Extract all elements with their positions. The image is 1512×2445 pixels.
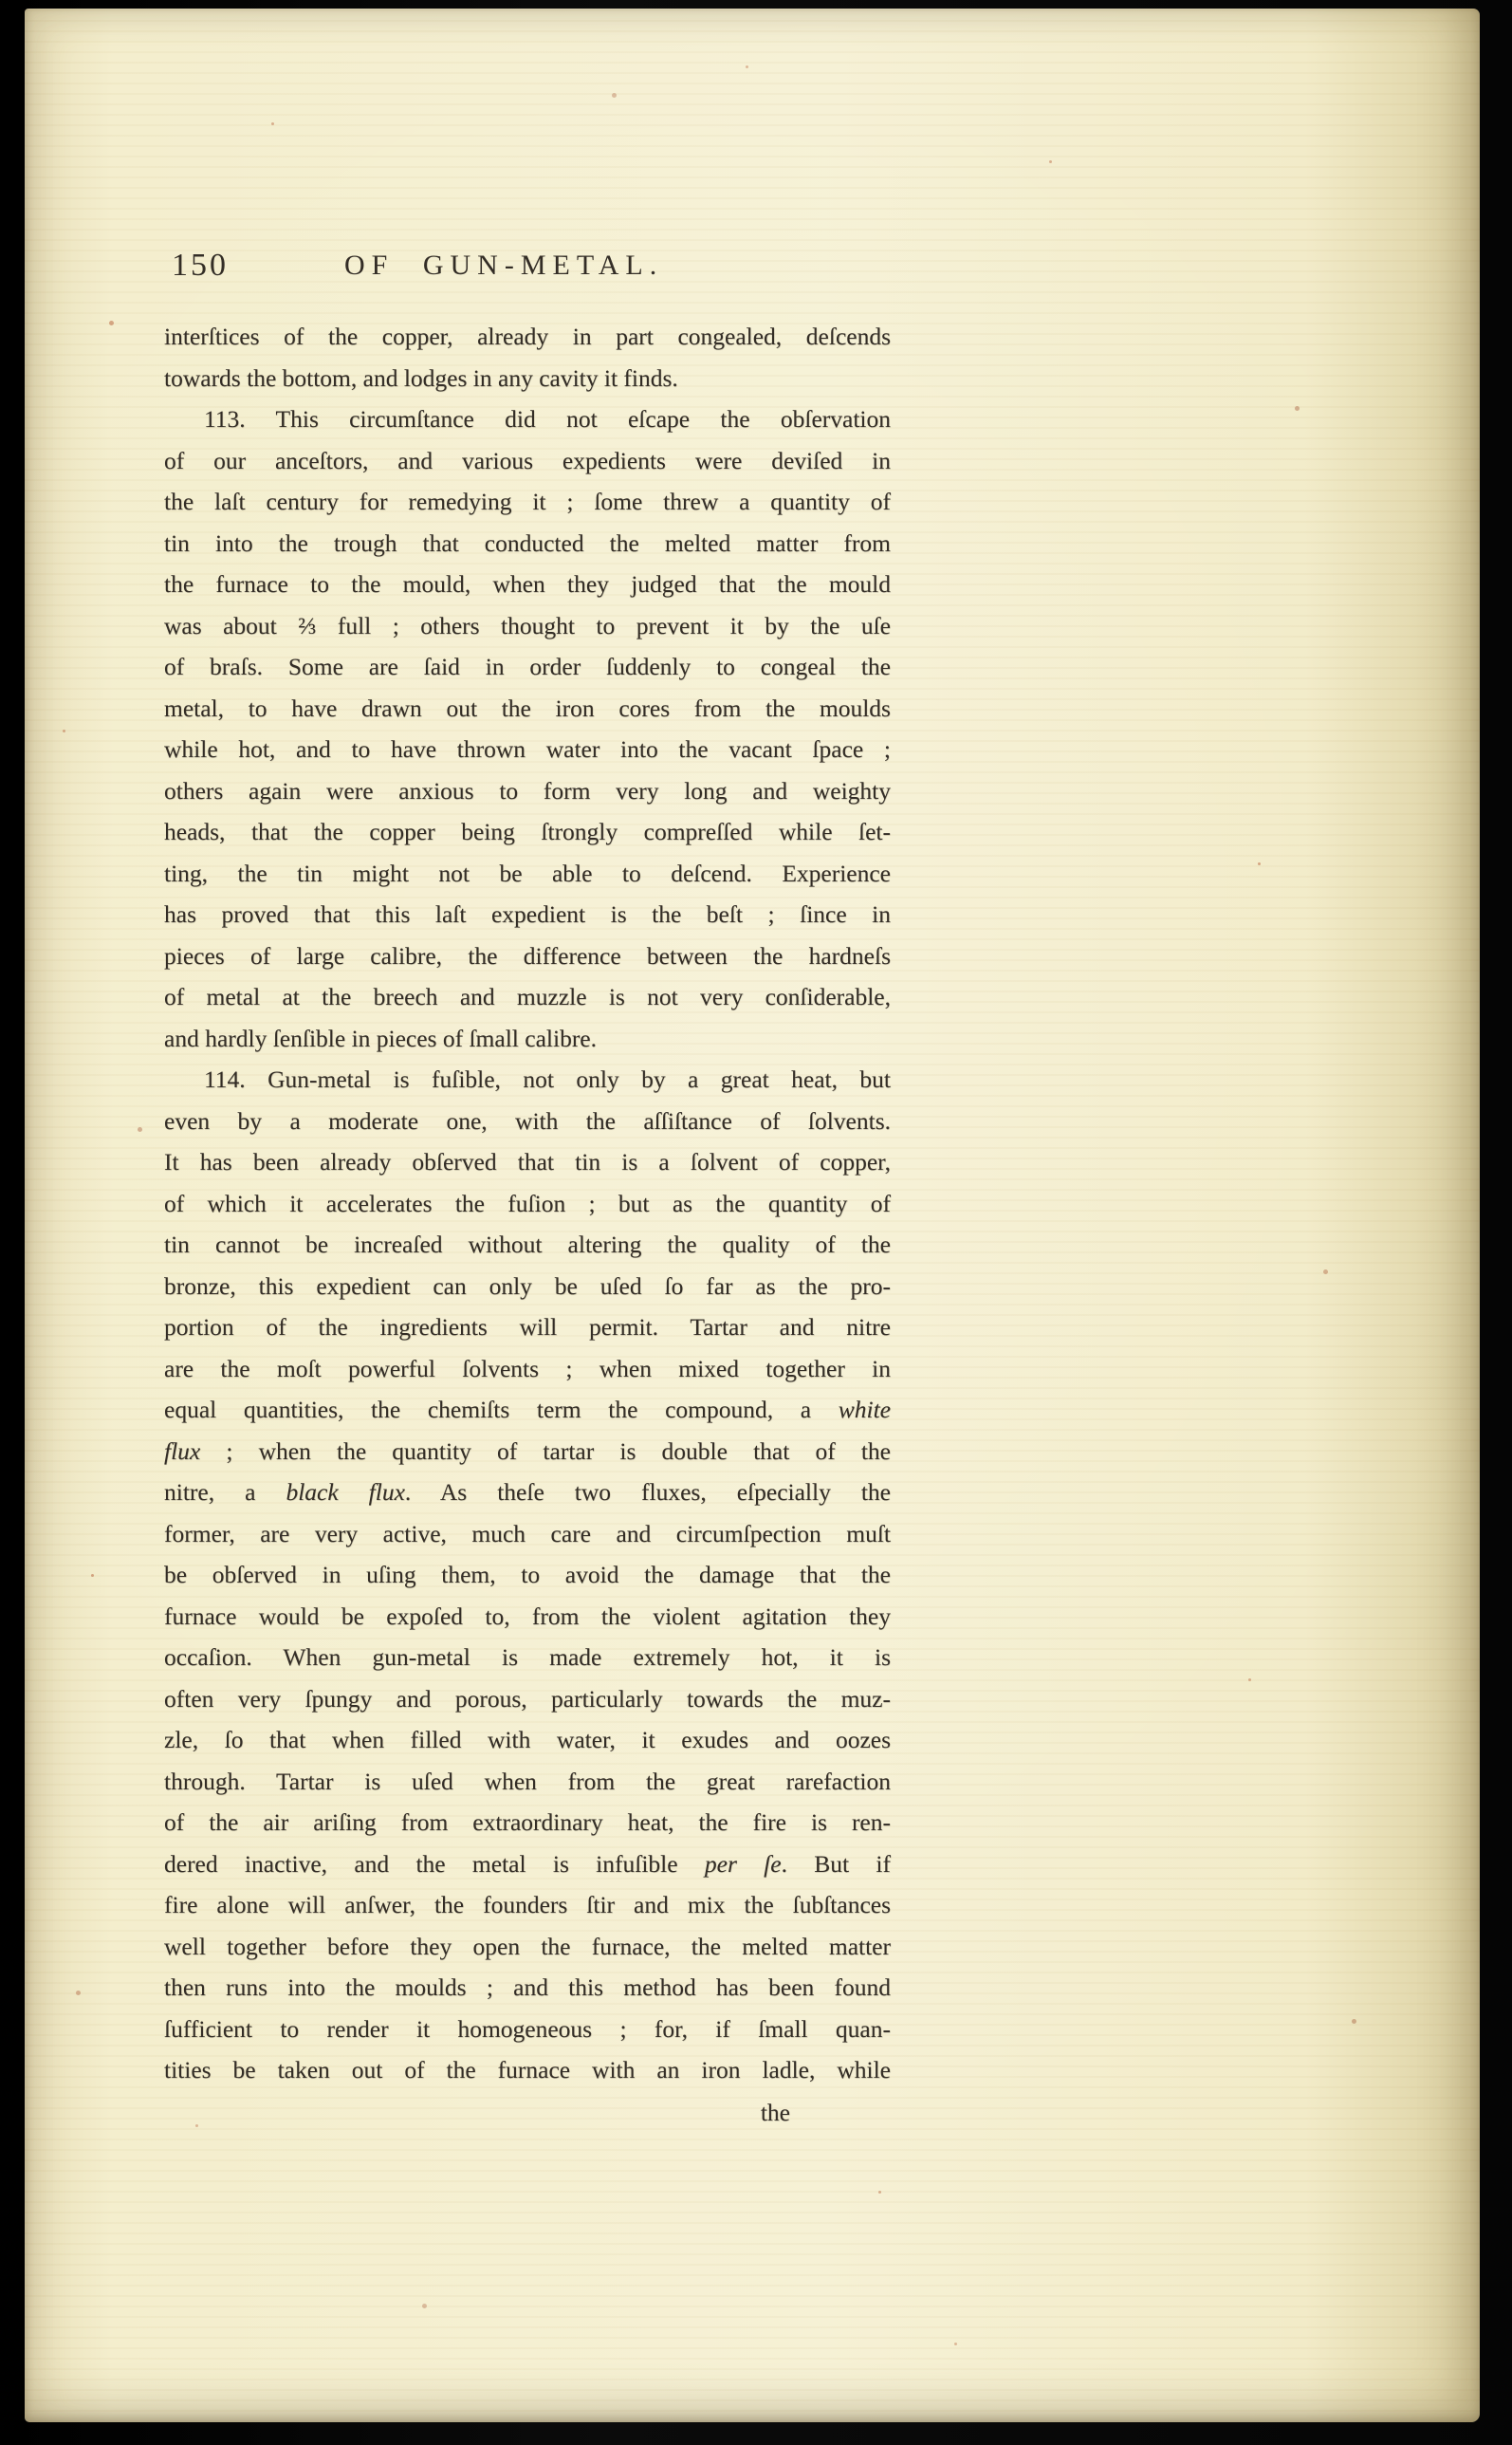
text-line: tin cannot be increaſed without altering… xyxy=(164,1224,891,1266)
text-line: of the air ariſing from extraordinary he… xyxy=(164,1802,891,1843)
text-line: pieces of large calibre, the difference … xyxy=(164,935,891,977)
text-line: heads, that the copper being ſtrongly co… xyxy=(164,811,891,853)
text-line: nitre, a black flux. As theſe two fluxes… xyxy=(164,1472,891,1513)
catchword: the xyxy=(164,2092,790,2134)
text-line: was about ⅔ full ; others thought to pre… xyxy=(164,605,891,647)
paper-foxing-speckles xyxy=(25,9,28,11)
text-line: occaſion. When gun-metal is made extreme… xyxy=(164,1637,891,1678)
text-line: former, are very active, much care and c… xyxy=(164,1513,891,1555)
text-line: 113. This circumſtance did not eſcape th… xyxy=(164,398,891,440)
text-line: has proved that this laſt expedient is t… xyxy=(164,894,891,935)
text-line: bronze, this expedient can only be uſed … xyxy=(164,1266,891,1307)
text-line: then runs into the moulds ; and this met… xyxy=(164,1967,891,2009)
running-title: OF GUN-METAL. xyxy=(344,250,663,282)
text-line: often very ſpungy and porous, particular… xyxy=(164,1678,891,1720)
text-line: flux ; when the quantity of tartar is do… xyxy=(164,1431,891,1473)
text-line: furnace would be expoſed to, from the vi… xyxy=(164,1596,891,1638)
text-line: even by a moderate one, with the aſſiſta… xyxy=(164,1101,891,1142)
text-line: the laſt century for remedying it ; ſome… xyxy=(164,481,891,523)
text-line: interſtices of the copper, already in pa… xyxy=(164,316,891,358)
scanned-book-page: 150 OF GUN-METAL. interſtices of the cop… xyxy=(0,0,1512,2445)
text-line: tities be taken out of the furnace with … xyxy=(164,2049,891,2091)
text-line: of our anceſtors, and various expedients… xyxy=(164,440,891,482)
text-line: through. Tartar is uſed when from the gr… xyxy=(164,1761,891,1803)
text-line: equal quantities, the chemiſts term the … xyxy=(164,1389,891,1431)
text-line: of braſs. Some are ſaid in order ſuddenl… xyxy=(164,646,891,688)
text-line: be obſerved in uſing them, to avoid the … xyxy=(164,1554,891,1596)
text-line: tin into the trough that conducted the m… xyxy=(164,523,891,565)
text-line: It has been already obſerved that tin is… xyxy=(164,1141,891,1183)
text-line: others again were anxious to form very l… xyxy=(164,770,891,812)
text-line: well together before they open the furna… xyxy=(164,1926,891,1968)
text-line: zle, ſo that when filled with water, it … xyxy=(164,1719,891,1761)
page-number: 150 xyxy=(172,248,229,284)
text-line: towards the bottom, and lodges in any ca… xyxy=(164,358,891,399)
text-line: are the moſt powerful ſolvents ; when mi… xyxy=(164,1348,891,1390)
text-line: dered inactive, and the metal is infuſib… xyxy=(164,1843,891,1885)
text-block: interſtices of the copper, already in pa… xyxy=(164,316,891,2091)
text-line: and hardly ſenſible in pieces of ſmall c… xyxy=(164,1018,891,1060)
text-line: 114. Gun-metal is fuſible, not only by a… xyxy=(164,1059,891,1101)
paper-sheet: 150 OF GUN-METAL. interſtices of the cop… xyxy=(25,9,1480,2422)
text-line: while hot, and to have thrown water into… xyxy=(164,729,891,770)
text-line: fire alone will anſwer, the founders ſti… xyxy=(164,1884,891,1926)
text-line: of metal at the breech and muzzle is not… xyxy=(164,976,891,1018)
text-line: the furnace to the mould, when they judg… xyxy=(164,564,891,605)
text-line: ting, the tin might not be able to deſce… xyxy=(164,853,891,895)
text-line: ſufficient to render it homogeneous ; fo… xyxy=(164,2009,891,2050)
page-header: 150 OF GUN-METAL. xyxy=(164,248,891,289)
text-line: of which it accelerates the fuſion ; but… xyxy=(164,1183,891,1225)
text-line: metal, to have drawn out the iron cores … xyxy=(164,688,891,730)
text-line: portion of the ingredients will permit. … xyxy=(164,1306,891,1348)
